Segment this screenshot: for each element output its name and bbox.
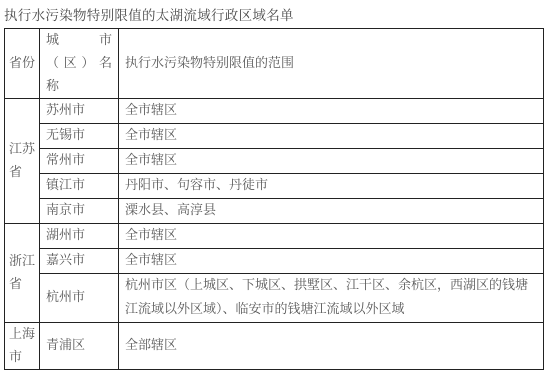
scope-cell: 杭州市区（上城区、下城区、拱墅区、江干区、余杭区，西湖区的钱塘江流域以外区域）、…: [119, 274, 544, 323]
header-city-char: 区: [64, 52, 77, 75]
city-cell: 青浦区: [40, 323, 119, 370]
province-cell: 浙江省: [5, 224, 40, 323]
city-cell: 湖州市: [40, 224, 119, 249]
scope-cell: 全市辖区: [119, 224, 544, 249]
table-row: 常州市 全市辖区: [5, 149, 544, 174]
scope-cell: 全市辖区: [119, 99, 544, 124]
region-table: 省份 城市 （区）名 称 执行水污染物特别限值的范围 江苏省 苏州市 全市辖区 …: [4, 28, 544, 370]
city-cell: 南京市: [40, 199, 119, 224]
header-province: 省份: [5, 29, 40, 99]
province-cell: 上海市: [5, 323, 40, 370]
scope-cell: 全部辖区: [119, 323, 544, 370]
table-row: 嘉兴市 全市辖区: [5, 249, 544, 274]
scope-cell: 全市辖区: [119, 149, 544, 174]
scope-cell: 全市辖区: [119, 249, 544, 274]
header-row: 省份 城市 （区）名 称 执行水污染物特别限值的范围: [5, 29, 544, 99]
city-cell: 常州市: [40, 149, 119, 174]
header-city-char: 称: [46, 79, 59, 94]
table-row: 镇江市 丹阳市、句容市、丹徒市: [5, 174, 544, 199]
document-title: 执行水污染物特别限值的太湖流域行政区域名单: [4, 4, 294, 24]
table-row: 上海市 青浦区 全部辖区: [5, 323, 544, 370]
table-row: 杭州市 杭州市区（上城区、下城区、拱墅区、江干区、余杭区，西湖区的钱塘江流域以外…: [5, 274, 544, 323]
city-cell: 无锡市: [40, 124, 119, 149]
header-city-char: （: [46, 52, 59, 75]
city-cell: 杭州市: [40, 274, 119, 323]
scope-cell: 丹阳市、句容市、丹徒市: [119, 174, 544, 199]
header-scope: 执行水污染物特别限值的范围: [119, 29, 544, 99]
header-city: 城市 （区）名 称: [40, 29, 119, 99]
scope-cell: 全市辖区: [119, 124, 544, 149]
table-row: 浙江省 湖州市 全市辖区: [5, 224, 544, 249]
city-cell: 镇江市: [40, 174, 119, 199]
header-city-char: 名: [99, 52, 112, 75]
table-row: 江苏省 苏州市 全市辖区: [5, 99, 544, 124]
province-cell: 江苏省: [5, 99, 40, 224]
header-city-char: 市: [99, 29, 112, 52]
city-cell: 苏州市: [40, 99, 119, 124]
header-city-char: 城: [46, 29, 59, 52]
scope-cell: 溧水县、高淳县: [119, 199, 544, 224]
table-row: 南京市 溧水县、高淳县: [5, 199, 544, 224]
header-city-char: ）: [81, 52, 94, 75]
table-row: 无锡市 全市辖区: [5, 124, 544, 149]
city-cell: 嘉兴市: [40, 249, 119, 274]
